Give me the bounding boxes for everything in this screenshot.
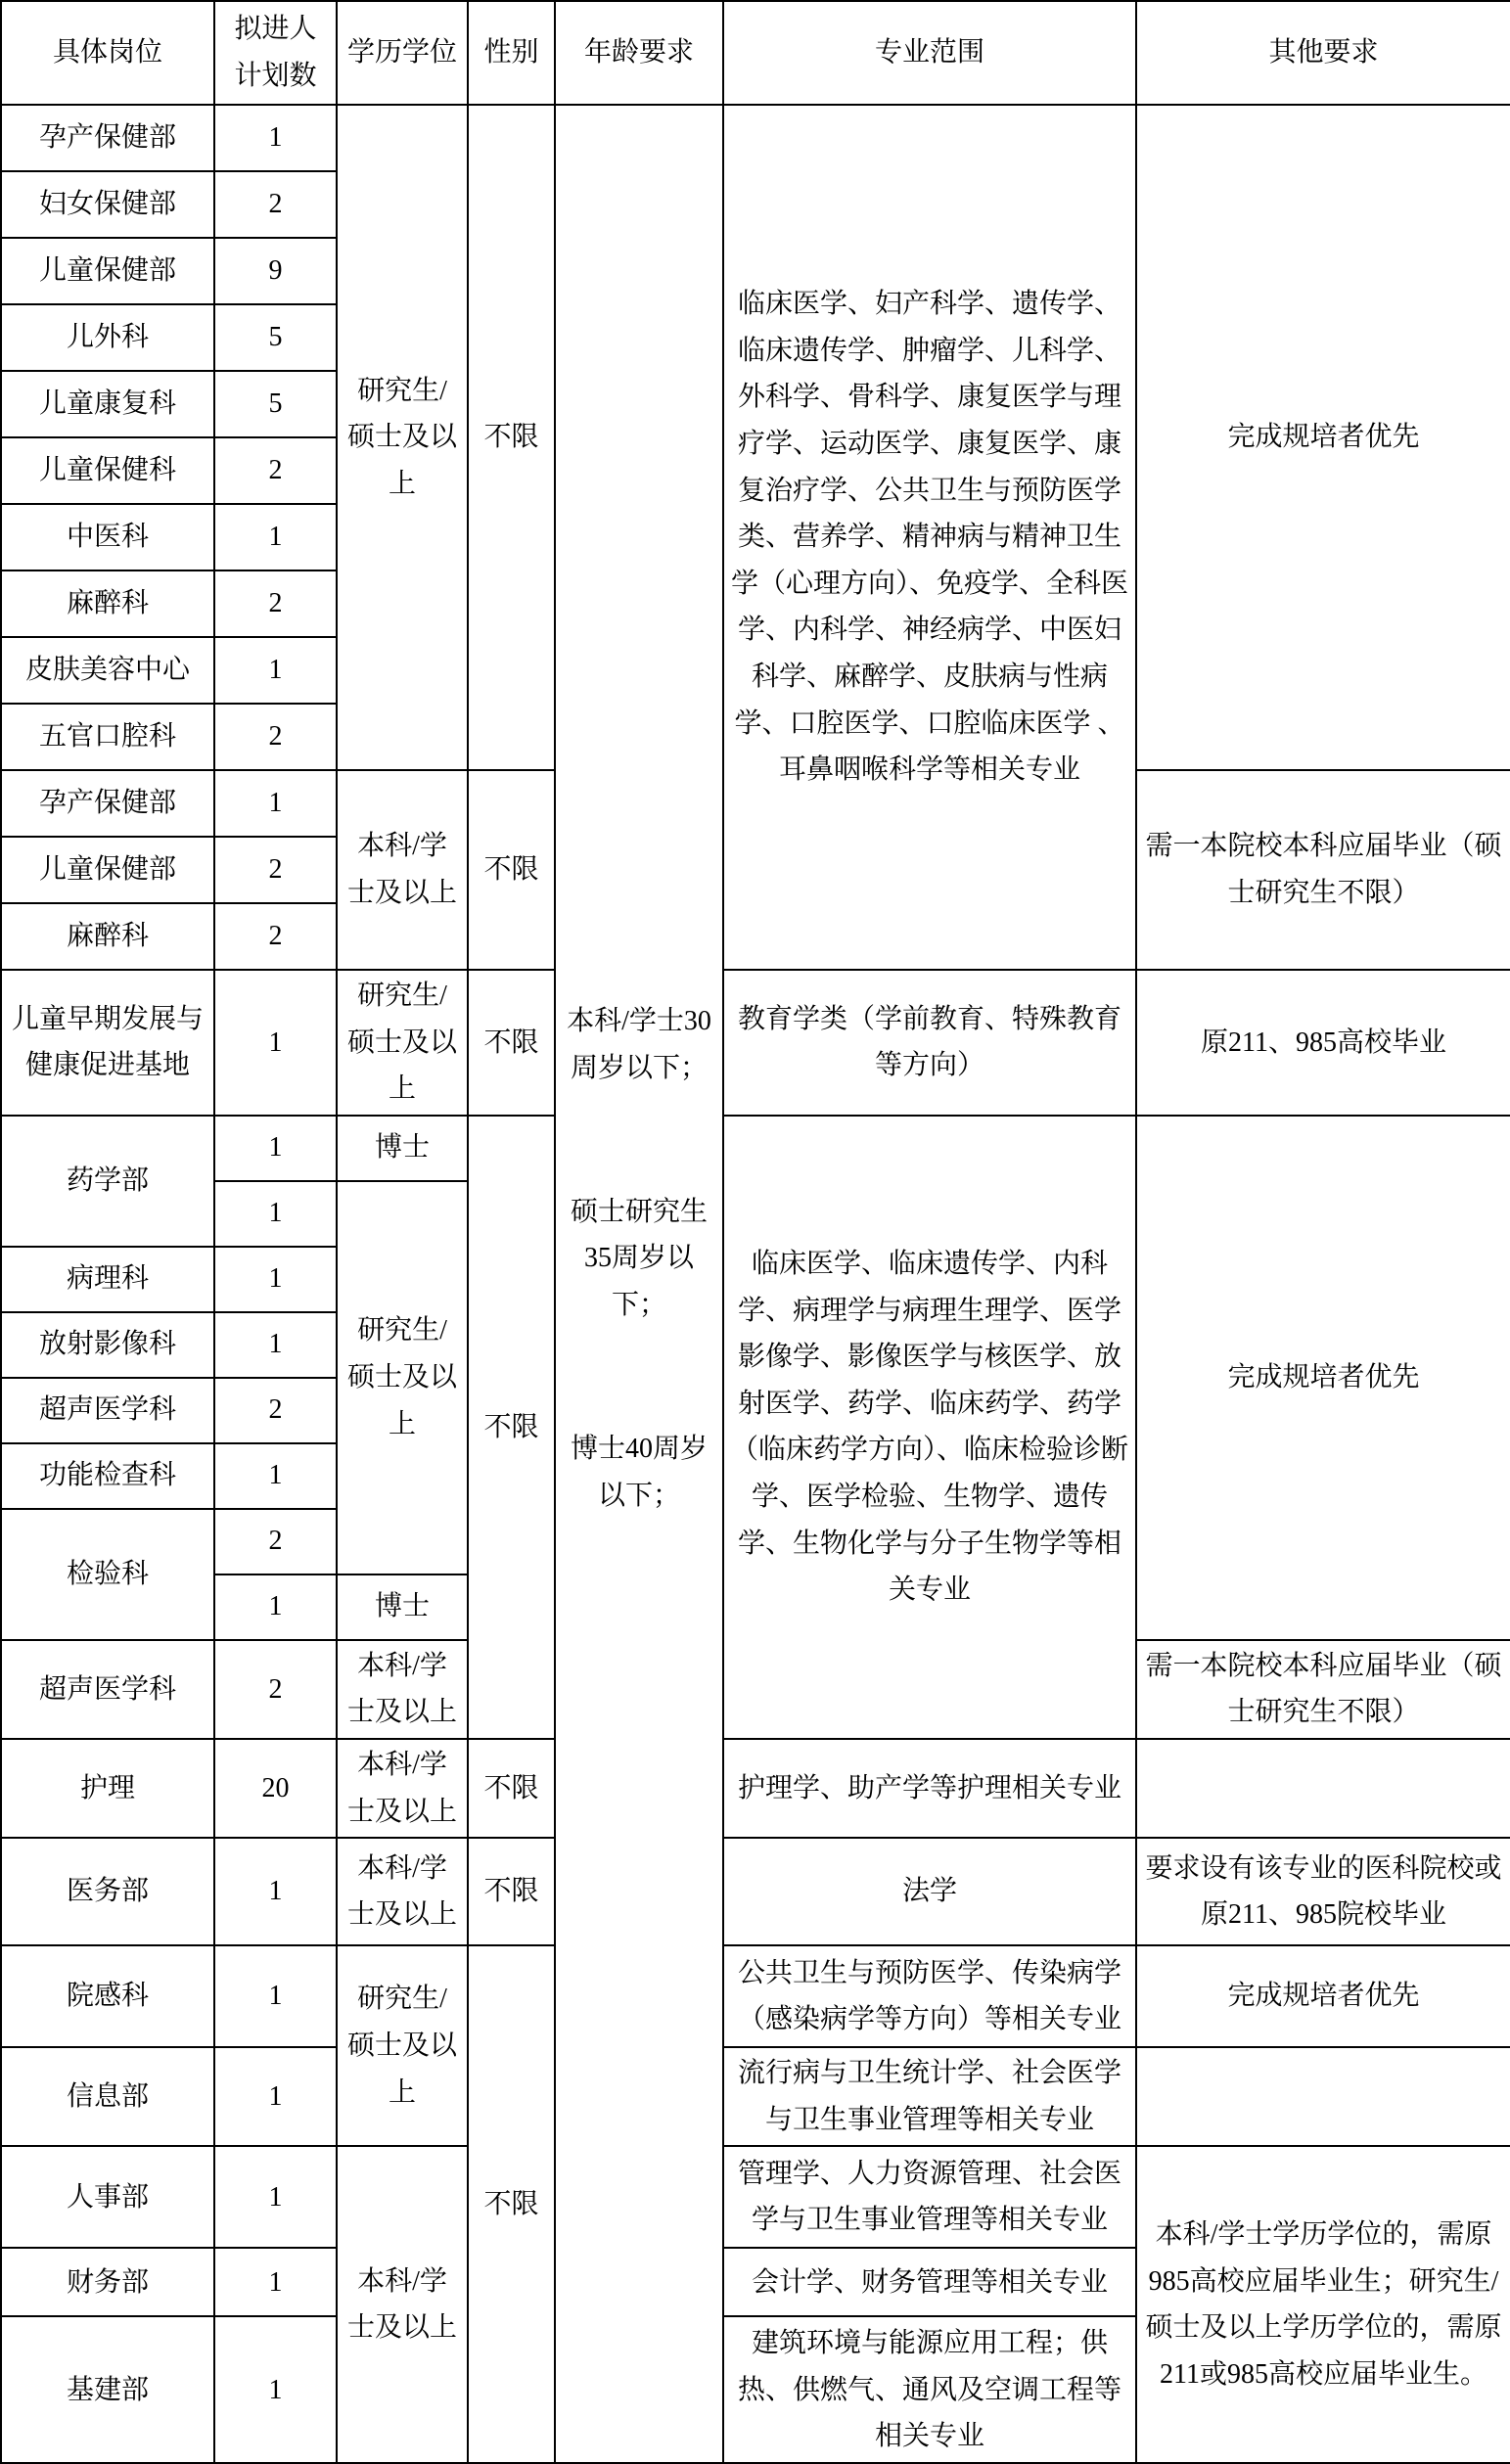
table-row: 人事部 1 本科/学 士及以上 管理学、人力资源管理、社会医学与卫生事业管理等相…	[1, 2146, 1510, 2248]
table-body: 孕产保健部 1 研究生/ 硕士及以 上 不限 本科/学士30 周岁以下； 硕士研…	[1, 105, 1510, 2463]
header-other-requirements: 其他要求	[1136, 1, 1510, 105]
education-cell: 研究生/ 硕士及以 上	[337, 970, 468, 1116]
table-header: 具体岗位 拟进人 计划数 学历学位 性别 年龄要求 专业范围 其他要求	[1, 1, 1510, 105]
count-cell: 1	[214, 1443, 337, 1509]
gender-cell: 不限	[468, 105, 555, 770]
other-requirements-cell: 需一本院校本科应届毕业（硕士研究生不限）	[1136, 770, 1510, 970]
education-cell: 本科/学 士及以上	[337, 1640, 468, 1739]
count-cell: 2	[214, 171, 337, 238]
recruitment-table: 具体岗位 拟进人 计划数 学历学位 性别 年龄要求 专业范围 其他要求 孕产保健…	[0, 0, 1510, 2464]
count-cell: 2	[214, 837, 337, 903]
other-requirements-cell: 完成规培者优先	[1136, 1945, 1510, 2047]
major-scope-cell: 管理学、人力资源管理、社会医学与卫生事业管理等相关专业	[723, 2146, 1136, 2248]
count-cell: 1	[214, 105, 337, 171]
position-cell: 儿童早期发展与健康促进基地	[1, 970, 214, 1116]
count-cell: 1	[214, 1312, 337, 1378]
position-cell: 孕产保健部	[1, 105, 214, 171]
count-cell: 2	[214, 1509, 337, 1574]
header-major-scope: 专业范围	[723, 1, 1136, 105]
age-requirement-cell: 本科/学士30 周岁以下； 硕士研究生 35周岁以下； 博士40周岁 以下；	[555, 105, 723, 2463]
header-position: 具体岗位	[1, 1, 214, 105]
count-cell: 1	[214, 1838, 337, 1945]
position-cell: 人事部	[1, 2146, 214, 2248]
table-row: 药学部 1 博士 不限 临床医学、临床遗传学、内科学、病理学与病理生理学、医学影…	[1, 1116, 1510, 1181]
major-scope-cell: 护理学、助产学等护理相关专业	[723, 1739, 1136, 1838]
count-cell: 1	[214, 637, 337, 704]
other-requirements-cell	[1136, 2047, 1510, 2146]
gender-cell: 不限	[468, 1739, 555, 1838]
count-cell: 1	[214, 1574, 337, 1640]
header-education: 学历学位	[337, 1, 468, 105]
age-line-2: 硕士研究生 35周岁以下；	[562, 1189, 716, 1329]
position-cell: 麻醉科	[1, 903, 214, 970]
gender-cell: 不限	[468, 970, 555, 1116]
major-scope-cell: 流行病与卫生统计学、社会医学与卫生事业管理等相关专业	[723, 2047, 1136, 2146]
education-cell: 研究生/ 硕士及以 上	[337, 1181, 468, 1574]
major-scope-cell: 临床医学、妇产科学、遗传学、临床遗传学、肿瘤学、儿科学、外科学、骨科学、康复医学…	[723, 105, 1136, 970]
other-requirements-cell: 原211、985高校毕业	[1136, 970, 1510, 1116]
count-cell: 2	[214, 704, 337, 770]
count-cell: 1	[214, 1181, 337, 1247]
major-scope-cell: 教育学类（学前教育、特殊教育等方向）	[723, 970, 1136, 1116]
position-cell: 儿外科	[1, 304, 214, 371]
age-line-1: 本科/学士30 周岁以下；	[562, 998, 716, 1091]
table-row: 信息部 1 流行病与卫生统计学、社会医学与卫生事业管理等相关专业	[1, 2047, 1510, 2146]
other-requirements-cell: 要求设有该专业的医科院校或原211、985院校毕业	[1136, 1838, 1510, 1945]
position-cell: 医务部	[1, 1838, 214, 1945]
position-cell: 病理科	[1, 1247, 214, 1312]
other-requirements-cell: 完成规培者优先	[1136, 1116, 1510, 1640]
education-cell: 本科/学 士及以上	[337, 770, 468, 970]
gender-cell: 不限	[468, 1116, 555, 1739]
position-cell: 儿童保健部	[1, 238, 214, 304]
gender-cell: 不限	[468, 1945, 555, 2463]
count-cell: 1	[214, 2248, 337, 2316]
count-cell: 2	[214, 903, 337, 970]
major-scope-cell: 建筑环境与能源应用工程；供热、供燃气、通风及空调工程等相关专业	[723, 2316, 1136, 2463]
position-cell: 超声医学科	[1, 1378, 214, 1443]
table-row: 孕产保健部 1 研究生/ 硕士及以 上 不限 本科/学士30 周岁以下； 硕士研…	[1, 105, 1510, 171]
position-cell: 信息部	[1, 2047, 214, 2146]
count-cell: 20	[214, 1739, 337, 1838]
count-cell: 1	[214, 1116, 337, 1181]
major-scope-cell: 法学	[723, 1838, 1136, 1945]
gender-cell: 不限	[468, 770, 555, 970]
position-cell: 麻醉科	[1, 570, 214, 637]
count-cell: 2	[214, 570, 337, 637]
education-cell: 博士	[337, 1574, 468, 1640]
position-cell: 功能检查科	[1, 1443, 214, 1509]
position-cell: 妇女保健部	[1, 171, 214, 238]
count-cell: 9	[214, 238, 337, 304]
count-cell: 1	[214, 970, 337, 1116]
other-requirements-cell: 需一本院校本科应届毕业（硕士研究生不限）	[1136, 1640, 1510, 1739]
count-cell: 5	[214, 304, 337, 371]
table-row: 医务部 1 本科/学 士及以上 不限 法学 要求设有该专业的医科院校或原211、…	[1, 1838, 1510, 1945]
position-cell: 五官口腔科	[1, 704, 214, 770]
position-cell: 儿童康复科	[1, 371, 214, 437]
education-cell: 研究生/ 硕士及以 上	[337, 1945, 468, 2146]
major-scope-cell: 临床医学、临床遗传学、内科学、病理学与病理生理学、医学影像学、影像医学与核医学、…	[723, 1116, 1136, 1739]
count-cell: 1	[214, 2316, 337, 2463]
table-row: 儿童早期发展与健康促进基地 1 研究生/ 硕士及以 上 不限 教育学类（学前教育…	[1, 970, 1510, 1116]
count-cell: 5	[214, 371, 337, 437]
count-cell: 1	[214, 770, 337, 837]
position-cell: 药学部	[1, 1116, 214, 1247]
position-cell: 放射影像科	[1, 1312, 214, 1378]
count-cell: 1	[214, 1945, 337, 2047]
position-cell: 财务部	[1, 2248, 214, 2316]
education-cell: 研究生/ 硕士及以 上	[337, 105, 468, 770]
table-row: 护理 20 本科/学 士及以上 不限 护理学、助产学等护理相关专业	[1, 1739, 1510, 1838]
age-line-3: 博士40周岁 以下；	[562, 1426, 716, 1519]
position-cell: 孕产保健部	[1, 770, 214, 837]
header-planned-count: 拟进人 计划数	[214, 1, 337, 105]
count-cell: 1	[214, 504, 337, 570]
count-cell: 2	[214, 1378, 337, 1443]
position-cell: 基建部	[1, 2316, 214, 2463]
education-cell: 博士	[337, 1116, 468, 1181]
position-cell: 儿童保健科	[1, 437, 214, 504]
header-row: 具体岗位 拟进人 计划数 学历学位 性别 年龄要求 专业范围 其他要求	[1, 1, 1510, 105]
major-scope-cell: 公共卫生与预防医学、传染病学（感染病学等方向）等相关专业	[723, 1945, 1136, 2047]
position-cell: 中医科	[1, 504, 214, 570]
other-requirements-cell: 本科/学士学历学位的，需原985高校应届毕业生；研究生/硕士及以上学历学位的，需…	[1136, 2146, 1510, 2463]
position-cell: 儿童保健部	[1, 837, 214, 903]
gender-cell: 不限	[468, 1838, 555, 1945]
other-requirements-cell: 完成规培者优先	[1136, 105, 1510, 770]
position-cell: 院感科	[1, 1945, 214, 2047]
count-cell: 1	[214, 2047, 337, 2146]
position-cell: 超声医学科	[1, 1640, 214, 1739]
education-cell: 本科/学 士及以上	[337, 1739, 468, 1838]
count-cell: 2	[214, 437, 337, 504]
position-cell: 护理	[1, 1739, 214, 1838]
header-gender: 性别	[468, 1, 555, 105]
count-cell: 1	[214, 2146, 337, 2248]
position-cell: 检验科	[1, 1509, 214, 1640]
count-cell: 2	[214, 1640, 337, 1739]
header-age-requirement: 年龄要求	[555, 1, 723, 105]
education-cell: 本科/学 士及以上	[337, 1838, 468, 1945]
major-scope-cell: 会计学、财务管理等相关专业	[723, 2248, 1136, 2316]
count-cell: 1	[214, 1247, 337, 1312]
position-cell: 皮肤美容中心	[1, 637, 214, 704]
table-row: 院感科 1 研究生/ 硕士及以 上 不限 公共卫生与预防医学、传染病学（感染病学…	[1, 1945, 1510, 2047]
education-cell: 本科/学 士及以上	[337, 2146, 468, 2463]
other-requirements-cell	[1136, 1739, 1510, 1838]
